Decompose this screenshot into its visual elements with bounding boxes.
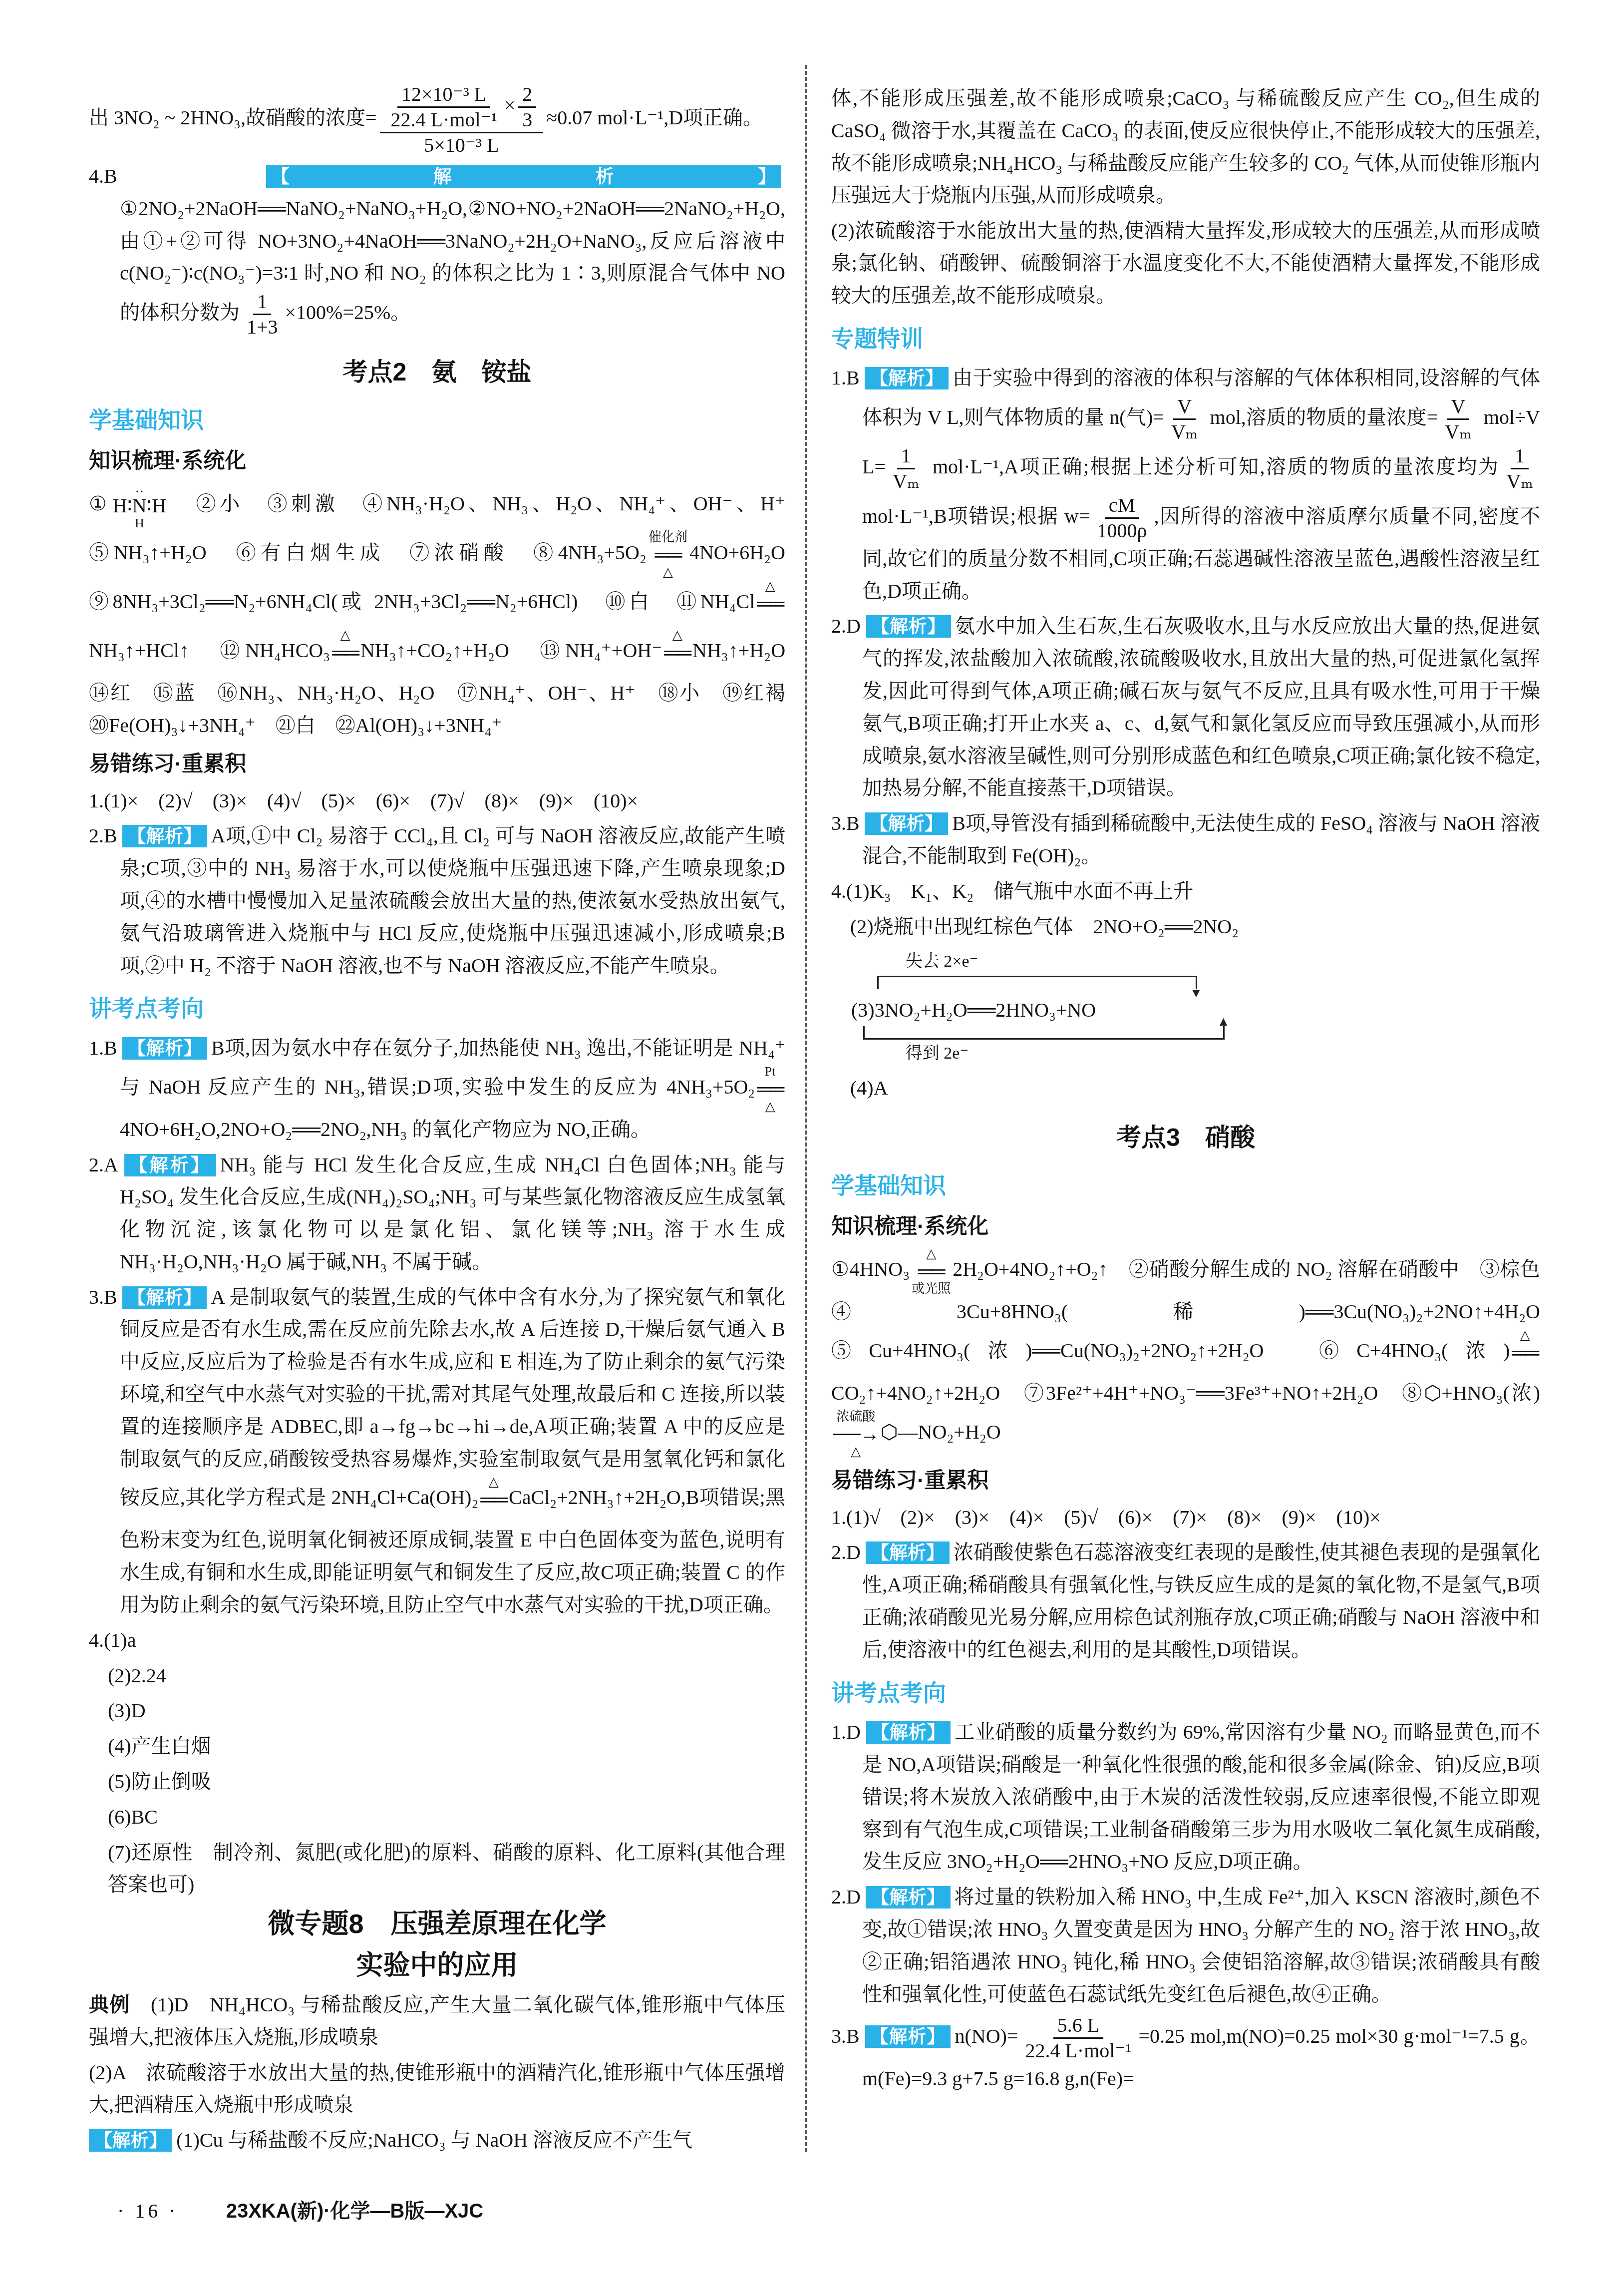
section-heading: 微专题8 压强差原理在化学 — [89, 1906, 785, 1942]
module-heading: 学基础知识 — [89, 401, 785, 439]
paragraph: 【解析】(1)Cu 与稀盐酸不反应;NaHCO₃ 与 NaOH 溶液反应不产生气 — [89, 2124, 785, 2157]
paragraph: 1.B 【解析】由于实验中得到的溶液的体积与溶解的气体体积相同,设溶解的气体体积… — [831, 362, 1540, 607]
paragraph: 1.B 【解析】B项,因为氨水中存在氨分子,加热能使 NH₃ 逸出,不能证明是 … — [89, 1032, 785, 1146]
reaction-condition: △══ — [1512, 1328, 1538, 1377]
paragraph: 3.B 【解析】B项,导管没有插到稀硫酸中,无法使生成的 FeSO₄ 溶液与 N… — [831, 807, 1540, 872]
paragraph: 2.D 【解析】浓硝酸使紫色石蕊溶液变红表现的是酸性,使其褪色表现的是强氧化性,… — [831, 1536, 1540, 1666]
fraction: VVₘ — [1441, 394, 1475, 444]
analysis-badge: 【解析】 — [266, 165, 781, 188]
reaction-condition: △══或光照 — [912, 1247, 951, 1296]
paragraph: (3)D — [89, 1695, 785, 1727]
reaction-condition: △══ — [480, 1475, 507, 1524]
sub-heading: 知识梳理·系统化 — [89, 444, 785, 479]
analysis-badge: 【解析】 — [865, 2025, 951, 2048]
paragraph: 典例 (1)D NH₄HCO₃ 与稀盐酸反应,产生大量二氧化碳气体,锥形瓶中气体… — [89, 1989, 785, 2054]
reaction-condition: △══ — [757, 579, 783, 628]
paragraph: (4)产生白烟 — [89, 1730, 785, 1763]
paragraph: 2.D 【解析】氨水中加入生石灰,生石灰吸收水,且与水反应放出大量的热,促进氨气… — [831, 610, 1540, 804]
paragraph: 3.B 【解析】A 是制取氨气的装置,生成的气体中含有水分,为了探究氨气和氧化铜… — [89, 1281, 785, 1621]
bracket — [863, 1026, 1225, 1040]
paragraph: (5)防止倒吸 — [89, 1766, 785, 1798]
module-heading: 讲考点考向 — [89, 990, 785, 1027]
section-heading: 考点2 氨 铵盐 — [89, 352, 785, 392]
fraction: 1Vₘ — [1503, 444, 1537, 493]
fraction: 11+3 — [243, 290, 282, 339]
paragraph: (2)烧瓶中出现红棕色气体 2NO+O₂══2NO₂ — [831, 911, 1540, 943]
paragraph: (4)A — [831, 1072, 1540, 1105]
reaction-condition: Pt══△ — [757, 1065, 783, 1114]
analysis-badge: 【解析】 — [866, 1541, 950, 1564]
fraction: cM1000ρ — [1093, 493, 1151, 543]
paragraph: 2.D 【解析】将过量的铁粉加入稀 HNO₃ 中,生成 Fe²⁺,加入 KSCN… — [831, 1881, 1540, 2010]
page-number: · 16 · — [117, 2200, 179, 2222]
module-heading: 学基础知识 — [831, 1167, 1540, 1204]
section-heading: 考点3 硝酸 — [831, 1118, 1540, 1158]
electron-transfer-diagram: 失去 2×e⁻(3)3NO₂+H₂O══2HNO₃+NO得到 2e⁻ — [851, 948, 1540, 1067]
fraction: 1Vₘ — [889, 444, 923, 493]
paragraph: (2)A 浓硫酸溶于水放出大量的热,使锥形瓶中的酒精汽化,锥形瓶中气体压强增大,… — [89, 2057, 785, 2122]
analysis-badge: 【解析】 — [89, 2129, 172, 2152]
fraction: 5.6 L22.4 L·mol⁻¹ — [1021, 2013, 1135, 2063]
workbook-answer-page: 出 3NO₂ ~ 2HNO₃,故硝酸的浓度=12×10⁻³ L22.4 L·mo… — [0, 0, 1619, 2296]
section-heading: 实验中的应用 — [89, 1947, 785, 1984]
sub-heading: 易错练习·重累积 — [89, 747, 785, 782]
paragraph: 出 3NO₂ ~ 2HNO₃,故硝酸的浓度=12×10⁻³ L22.4 L·mo… — [89, 82, 785, 157]
paragraph: 3.B 【解析】n(NO)=5.6 L22.4 L·mol⁻¹=0.25 mol… — [831, 2013, 1540, 2095]
edition-label: 23XKA(新)·化学—B版—XJC — [226, 2200, 484, 2222]
paragraph: 2.A 【解析】NH₃ 能与 HCl 发生化合反应,生成 NH₄Cl 白色固体;… — [89, 1149, 785, 1278]
paragraph: 1.D 【解析】工业硝酸的质量分数约为 69%,常因溶有少量 NO₂ 而略显黄色… — [831, 1716, 1540, 1878]
paragraph: (6)BC — [89, 1801, 785, 1834]
paragraph: (7)还原性 制冷剂、氮肥(或化肥)的原料、硝酸的原料、化工原料(其他合理答案也… — [89, 1837, 785, 1902]
paragraph: 体,不能形成压强差,故不能形成喷泉;CaCO₃ 与稀硫酸反应产生 CO₂,但生成… — [831, 82, 1540, 212]
fraction: 23 — [518, 82, 536, 132]
analysis-badge: 【解析】 — [865, 812, 948, 835]
reaction-condition: △══ — [332, 628, 358, 677]
fraction: VVₘ — [1167, 394, 1202, 444]
analysis-badge: 【解析】 — [865, 367, 949, 389]
analysis-badge: 【解析】 — [124, 1154, 216, 1176]
reaction-arrow: 浓硫酸──→△ — [833, 1410, 879, 1459]
module-heading: 专题特训 — [831, 320, 1540, 358]
analysis-badge: 【解析】 — [122, 1037, 207, 1060]
right-column: 体,不能形成压强差,故不能形成喷泉;CaCO₃ 与稀硫酸反应产生 CO₂,但生成… — [831, 82, 1540, 2098]
electron-dot-structure: ‥H∶N∶HH — [113, 481, 166, 530]
reaction-condition: △══ — [664, 628, 690, 677]
bracket — [877, 976, 1197, 989]
paragraph: 4.(1)K₃ K₁、K₂ 储气瓶中水面不再上升 — [831, 875, 1540, 908]
sub-heading: 易错练习·重累积 — [831, 1464, 1540, 1499]
paragraph: 1.(1)√ (2)× (3)× (4)× (5)√ (6)× (7)× (8)… — [831, 1502, 1540, 1534]
analysis-badge: 【解析】 — [866, 1721, 951, 1744]
reaction-condition: 催化剂══△ — [648, 530, 687, 579]
analysis-badge: 【解析】 — [122, 1286, 207, 1309]
electron-loss-label: 失去 2×e⁻ — [906, 948, 1540, 975]
module-heading: 讲考点考向 — [831, 1674, 1540, 1712]
sub-heading: 知识梳理·系统化 — [831, 1209, 1540, 1244]
analysis-badge: 【解析】 — [866, 1886, 950, 1909]
electron-gain-label: 得到 2e⁻ — [906, 1040, 1540, 1067]
paragraph: 4.B 【解析】①2NO₂+2NaOH══NaNO₂+NaNO₃+H₂O,②NO… — [89, 160, 785, 339]
paragraph: 2.B 【解析】A项,①中 Cl₂ 易溶于 CCl₄,且 Cl₂ 可与 NaOH… — [89, 820, 785, 982]
paragraph: (2)浓硫酸溶于水能放出大量的热,使酒精大量挥发,形成较大的压强差,从而形成喷泉… — [831, 215, 1540, 312]
fraction: 12×10⁻³ L22.4 L·mol⁻¹×235×10⁻³ L — [380, 82, 544, 157]
page-footer: · 16 · 23XKA(新)·化学—B版—XJC — [117, 2195, 483, 2224]
fraction: 12×10⁻³ L22.4 L·mol⁻¹ — [387, 82, 501, 132]
analysis-badge: 【解析】 — [866, 615, 951, 638]
analysis-badge: 【解析】 — [122, 825, 207, 847]
column-divider — [805, 65, 807, 2152]
paragraph: ①‥H∶N∶HH ②小 ③刺激 ④NH₃·H₂O、NH₃、H₂O、NH₄⁺、OH… — [89, 481, 785, 742]
left-column: 出 3NO₂ ~ 2HNO₃,故硝酸的浓度=12×10⁻³ L22.4 L·mo… — [89, 82, 785, 2160]
paragraph: (2)2.24 — [89, 1660, 785, 1692]
paragraph: 1.(1)× (2)√ (3)× (4)√ (5)× (6)× (7)√ (8)… — [89, 785, 785, 817]
paragraph: ①4HNO₃△══或光照2H₂O+4NO₂↑+O₂↑ ②硝酸分解生成的 NO₂ … — [831, 1247, 1540, 1459]
paragraph: 4.(1)a — [89, 1624, 785, 1657]
